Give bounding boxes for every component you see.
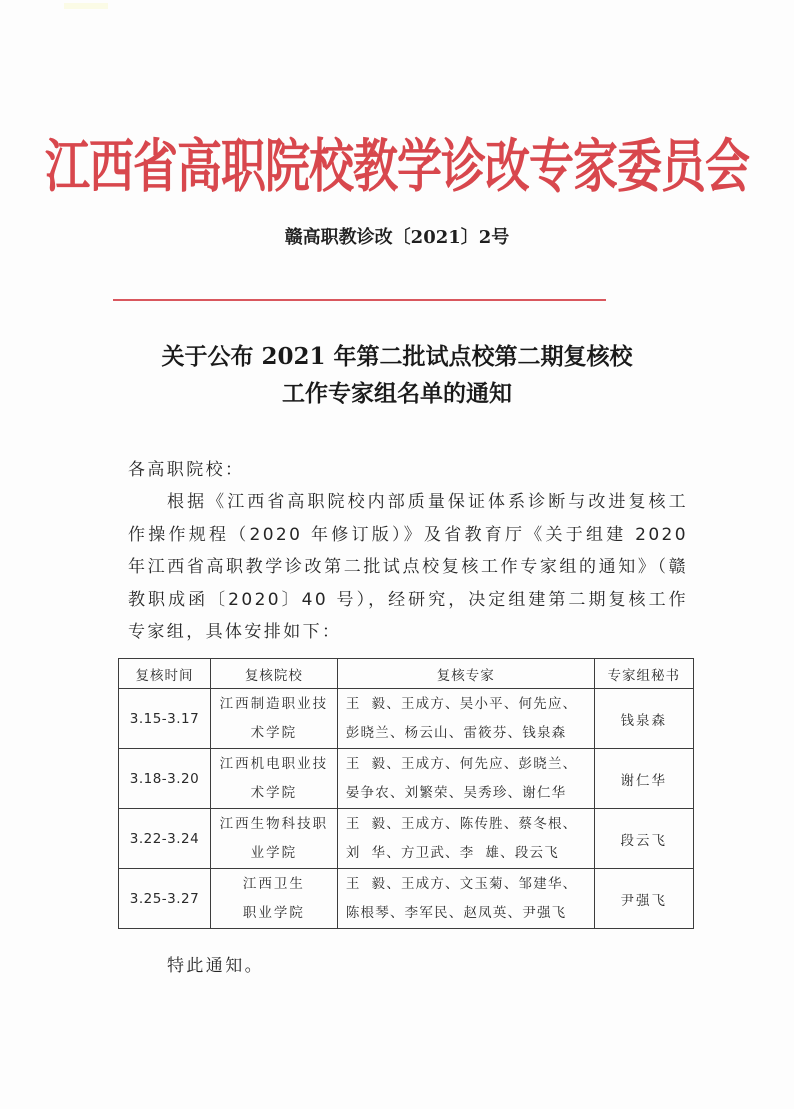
review-schedule-table: 复核时间 复核院校 复核专家 专家组秘书 3.15-3.17 江西制造职业技 术… [118, 658, 694, 929]
notice-title: 关于公布 2021 年第二批试点校第二期复核校 工作专家组名单的通知 [0, 338, 794, 412]
experts-line-1: 王 毅、王成方、文玉菊、邹建华、 [346, 870, 594, 899]
review-experts-cell: 王 毅、王成方、何先应、彭晓兰、 晏争农、刘繁荣、吴秀珍、谢仁华 [337, 749, 594, 809]
experts-line-2: 陈根琴、李军民、赵凤英、尹强飞 [346, 899, 594, 928]
table-row: 3.18-3.20 江西机电职业技 术学院 王 毅、王成方、何先应、彭晓兰、 晏… [119, 749, 694, 809]
review-experts-cell: 王 毅、王成方、吴小平、何先应、 彭晓兰、杨云山、雷筱芬、钱泉森 [337, 689, 594, 749]
salutation: 各高职院校： [128, 456, 688, 484]
review-school-cell: 江西制造职业技 术学院 [210, 689, 337, 749]
review-school-cell: 江西生物科技职 业学院 [210, 809, 337, 869]
table-row: 3.25-3.27 江西卫生 职业学院 王 毅、王成方、文玉菊、邹建华、 陈根琴… [119, 869, 694, 929]
notice-title-line-2: 工作专家组名单的通知 [0, 375, 794, 412]
experts-line-2: 彭晓兰、杨云山、雷筱芬、钱泉森 [346, 719, 594, 748]
red-divider-line [113, 299, 606, 301]
header-review-experts: 复核专家 [337, 659, 594, 689]
school-name-line-1: 江西制造职业技 [211, 690, 337, 719]
header-review-school: 复核院校 [210, 659, 337, 689]
secretary-cell: 段云飞 [594, 809, 693, 869]
review-time-cell: 3.18-3.20 [119, 749, 211, 809]
body-paragraph: 根据《江西省高职院校内部质量保证体系诊断与改进复核工作操作规程（2020 年修订… [128, 486, 688, 649]
secretary-cell: 谢仁华 [594, 749, 693, 809]
table-header-row: 复核时间 复核院校 复核专家 专家组秘书 [119, 659, 694, 689]
school-name-line-1: 江西卫生 [211, 870, 337, 899]
experts-line-1: 王 毅、王成方、陈传胜、蔡冬根、 [346, 810, 594, 839]
experts-line-1: 王 毅、王成方、吴小平、何先应、 [346, 690, 594, 719]
experts-line-2: 晏争农、刘繁荣、吴秀珍、谢仁华 [346, 779, 594, 808]
header-review-time: 复核时间 [119, 659, 211, 689]
experts-line-1: 王 毅、王成方、何先应、彭晓兰、 [346, 750, 594, 779]
review-school-cell: 江西卫生 职业学院 [210, 869, 337, 929]
table-row: 3.15-3.17 江西制造职业技 术学院 王 毅、王成方、吴小平、何先应、 彭… [119, 689, 694, 749]
school-name-line-2: 术学院 [211, 779, 337, 808]
secretary-cell: 尹强飞 [594, 869, 693, 929]
organization-title: 江西省高职院校教学诊改专家委员会 [0, 126, 794, 208]
review-time-cell: 3.25-3.27 [119, 869, 211, 929]
school-name-line-1: 江西生物科技职 [211, 810, 337, 839]
secretary-cell: 钱泉森 [594, 689, 693, 749]
review-experts-cell: 王 毅、王成方、文玉菊、邹建华、 陈根琴、李军民、赵凤英、尹强飞 [337, 869, 594, 929]
document-number: 赣高职教诊改〔2021〕2号 [0, 226, 794, 250]
scan-artifact [64, 3, 108, 9]
school-name-line-2: 术学院 [211, 719, 337, 748]
table-row: 3.22-3.24 江西生物科技职 业学院 王 毅、王成方、陈传胜、蔡冬根、 刘… [119, 809, 694, 869]
closing-remark: 特此通知。 [167, 954, 264, 978]
school-name-line-2: 职业学院 [211, 899, 337, 928]
school-name-line-2: 业学院 [211, 839, 337, 868]
experts-line-2: 刘 华、方卫武、李 雄、段云飞 [346, 839, 594, 868]
review-school-cell: 江西机电职业技 术学院 [210, 749, 337, 809]
review-time-cell: 3.15-3.17 [119, 689, 211, 749]
review-experts-cell: 王 毅、王成方、陈传胜、蔡冬根、 刘 华、方卫武、李 雄、段云飞 [337, 809, 594, 869]
school-name-line-1: 江西机电职业技 [211, 750, 337, 779]
header-group-secretary: 专家组秘书 [594, 659, 693, 689]
notice-title-line-1: 关于公布 2021 年第二批试点校第二期复核校 [0, 338, 794, 375]
review-time-cell: 3.22-3.24 [119, 809, 211, 869]
